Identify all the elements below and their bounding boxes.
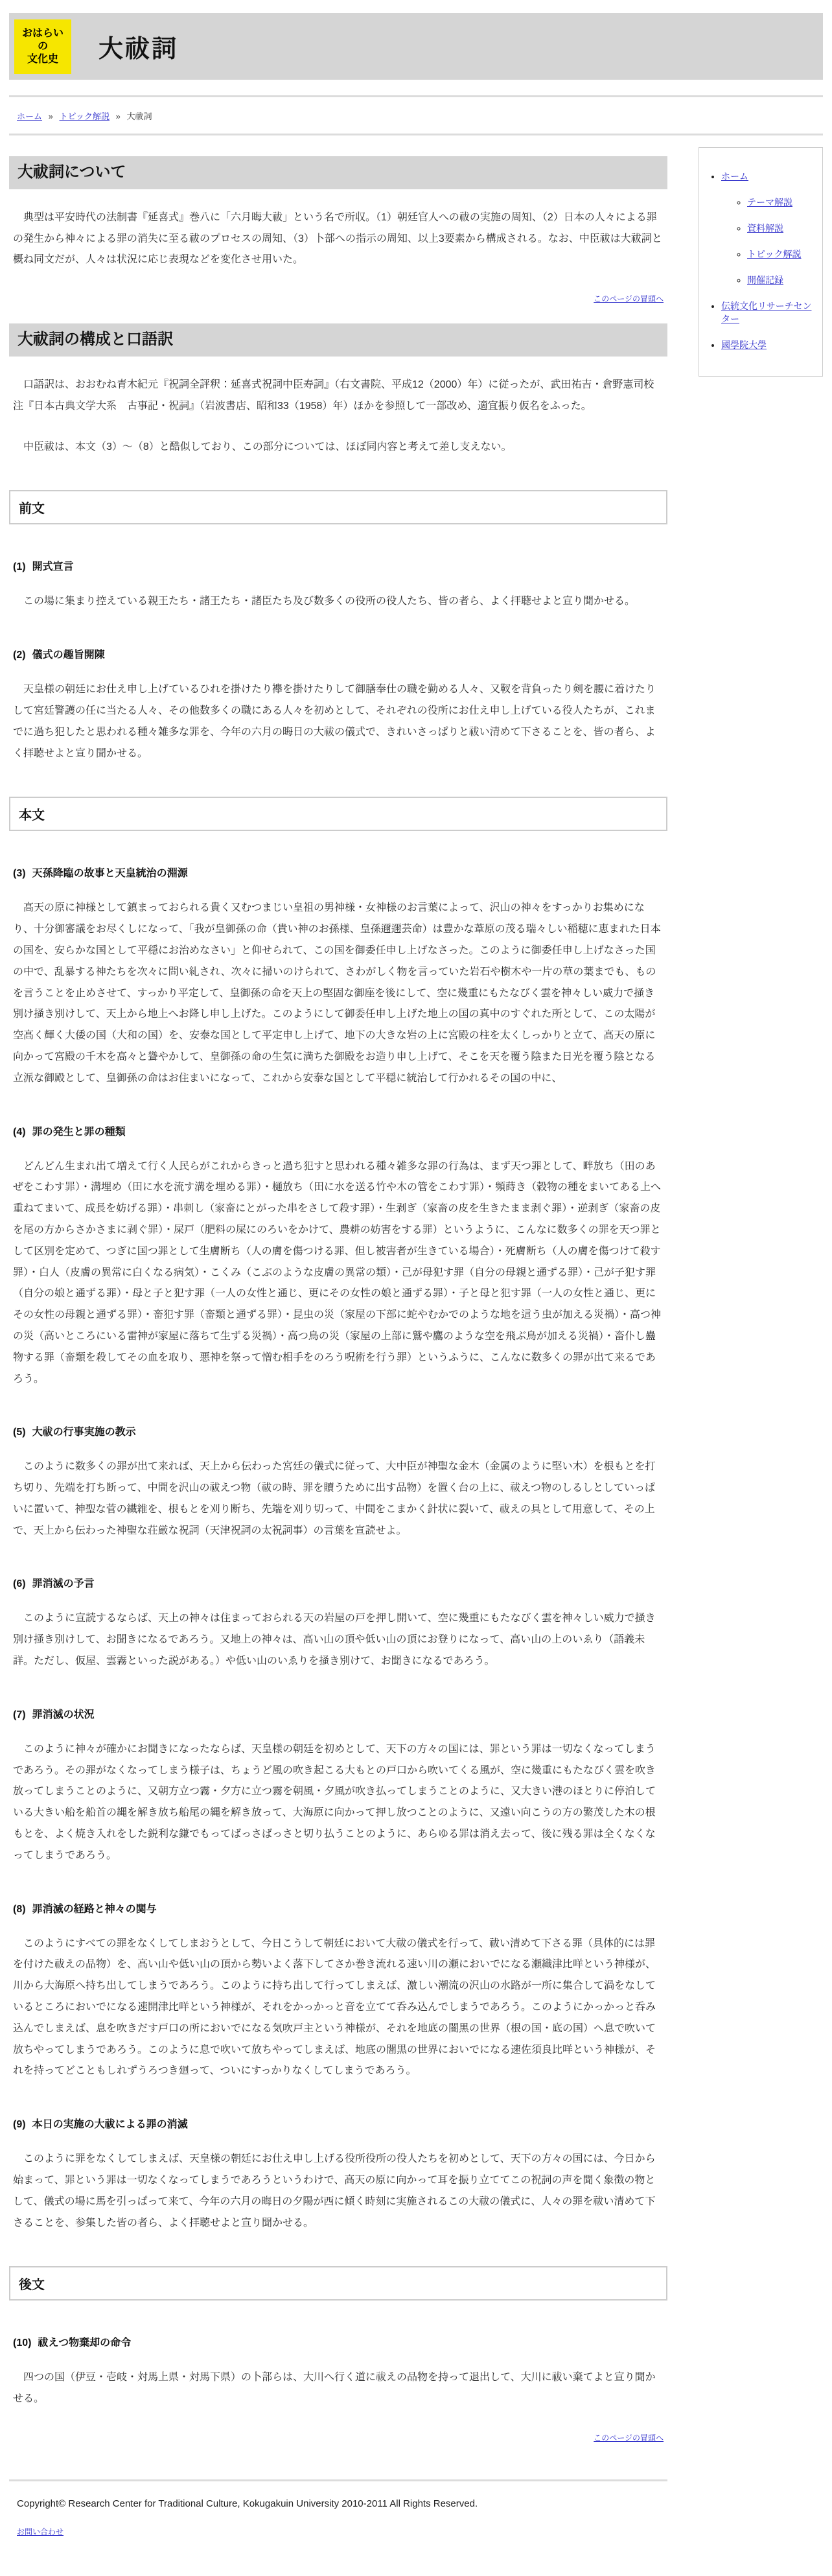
- subsection-number: (6): [13, 1578, 26, 1589]
- breadcrumb-current: 大祓詞: [126, 111, 152, 121]
- composition-intro-paragraph: 口語訳は、おおむね青木紀元『祝詞全評釈：延喜式祝詞中臣寿詞』（右文書院、平成12…: [13, 375, 664, 417]
- page-top-row: このページの冒頭へ: [13, 2432, 664, 2443]
- sidebar-link-records[interactable]: 開催記録: [747, 275, 783, 285]
- subsection-title: 罪の発生と罪の種類: [32, 1127, 126, 1138]
- divider: [9, 134, 823, 135]
- subsection-paragraph: この場に集まり控えている親王たち・諸王たち・諸臣たち及び数多くの役所の役人たち、…: [13, 591, 664, 613]
- sidebar-link-home[interactable]: ホーム: [721, 171, 748, 181]
- contact-row: お問い合わせ: [17, 2526, 823, 2537]
- subsection-number: (7): [13, 1709, 26, 1720]
- subsection-title: 罪消滅の経路と神々の関与: [32, 1904, 157, 1915]
- content-layout: 大祓詞について 典型は平安時代の法制書『延喜式』巻八に「六月晦大祓」という名で所…: [9, 147, 823, 2463]
- subsection-title: 祓えつ物棄却の命令: [38, 2337, 131, 2348]
- breadcrumb-separator: »: [49, 111, 53, 121]
- main-column: 大祓詞について 典型は平安時代の法制書『延喜式』巻八に「六月晦大祓」という名で所…: [9, 147, 667, 2463]
- part-label-front: 前文: [9, 490, 667, 524]
- subsection-number: (5): [13, 1427, 26, 1438]
- subsection-heading-1: (1)開式宣言: [13, 558, 664, 573]
- part-label-back: 後文: [9, 2266, 667, 2301]
- logo-line: おはらい: [14, 27, 71, 40]
- sidebar-item-university: 國學院大學: [721, 338, 818, 351]
- page-title: 大祓詞: [98, 29, 178, 64]
- page-top-row: このページの冒頭へ: [13, 293, 664, 304]
- logo-line: 文化史: [14, 53, 71, 66]
- sidebar-link-theme[interactable]: テーマ解説: [747, 197, 792, 207]
- subsection-paragraph: 天皇様の朝廷にお仕え申し上げているひれを掛けたり襷を掛けたりして御膳奉仕の職を勤…: [13, 679, 664, 764]
- subsection-number: (8): [13, 1904, 26, 1915]
- sidebar-item-theme: テーマ解説: [747, 196, 818, 209]
- page-top-link[interactable]: このページの冒頭へ: [594, 294, 664, 303]
- sidebar: ホーム テーマ解説 資料解説 トピック解説 開催記録: [699, 147, 823, 377]
- part-label-main: 本文: [9, 797, 667, 831]
- sidebar-item-topic: トピック解説: [747, 248, 818, 261]
- sidebar-item-records: 開催記録: [747, 274, 818, 287]
- subsection-paragraph: 高天の原に神様として鎮まっておられる貴く又むつまじい皇祖の男神様・女神様のお言葉…: [13, 898, 664, 1089]
- subsection-paragraph: どんどん生まれ出て増えて行く人民らがこれからきっと過ち犯すと思われる種々雑多な罪…: [13, 1156, 664, 1390]
- masthead: おはらい の 文化史 大祓詞: [9, 13, 823, 80]
- breadcrumb-separator: »: [116, 111, 121, 121]
- subsection-title: 本日の実施の大祓による罪の消滅: [32, 2119, 188, 2130]
- subsection-heading-10: (10)祓えつ物棄却の命令: [13, 2334, 664, 2349]
- subsection-paragraph: このように罪をなくしてしまえば、天皇様の朝廷にお仕え申し上げる役所役所の役人たち…: [13, 2149, 664, 2234]
- site-logo: おはらい の 文化史: [14, 19, 71, 74]
- subsection-title: 大祓の行事実施の教示: [32, 1427, 136, 1438]
- subsection-paragraph: 四つの国（伊豆・壱岐・対馬上県・対馬下県）の卜部らは、大川へ行く道に祓えの品物を…: [13, 2367, 664, 2410]
- page-top-link[interactable]: このページの冒頭へ: [594, 2433, 664, 2442]
- composition-intro-paragraph: 中臣祓は、本文（3）～（8）と酷似しており、この部分については、ほぼ同内容と考え…: [13, 437, 664, 458]
- subsection-title: 天孫降臨の故事と天皇統治の淵源: [32, 868, 188, 879]
- subsection-title: 罪消滅の状況: [32, 1709, 95, 1720]
- subsection-number: (2): [13, 650, 26, 661]
- subsection-heading-5: (5)大祓の行事実施の教示: [13, 1423, 664, 1438]
- subsection-number: (4): [13, 1127, 26, 1138]
- sidebar-link-topic[interactable]: トピック解説: [747, 249, 801, 259]
- subsection-paragraph: このようにすべての罪をなくしてしまおうとして、今日こうして朝廷において大祓の儀式…: [13, 1934, 664, 2083]
- subsection-title: 開式宣言: [32, 561, 74, 572]
- sidebar-list: ホーム テーマ解説 資料解説 トピック解説 開催記録: [699, 170, 818, 351]
- breadcrumb: ホーム » トピック解説 » 大祓詞: [17, 110, 823, 122]
- section-heading-about: 大祓詞について: [9, 156, 667, 189]
- subsection-paragraph: このように数多くの罪が出て来れば、天上から伝わった宮廷の儀式に従って、大中臣が神…: [13, 1457, 664, 1541]
- sidebar-item-research-center: 伝統文化リサーチセンター: [721, 299, 818, 325]
- subsection-number: (3): [13, 868, 26, 879]
- sidebar-link-material[interactable]: 資料解説: [747, 223, 783, 233]
- subsection-number: (10): [13, 2337, 31, 2348]
- sidebar-item-material: 資料解説: [747, 222, 818, 235]
- logo-line: の: [14, 40, 71, 53]
- divider: [9, 95, 823, 97]
- subsection-heading-4: (4)罪の発生と罪の種類: [13, 1123, 664, 1138]
- copyright-text: Copyright© Research Center for Tradition…: [17, 2498, 823, 2509]
- sidebar-item-home: ホーム テーマ解説 資料解説 トピック解説 開催記録: [721, 170, 818, 287]
- breadcrumb-home-link[interactable]: ホーム: [17, 111, 42, 121]
- about-paragraph: 典型は平安時代の法制書『延喜式』巻八に「六月晦大祓」という名で所収。（1）朝廷官…: [13, 207, 664, 271]
- breadcrumb-parent-link[interactable]: トピック解説: [60, 111, 110, 121]
- subsection-heading-2: (2)儀式の趣旨開陳: [13, 646, 664, 661]
- subsection-heading-8: (8)罪消滅の経路と神々の関与: [13, 1901, 664, 1915]
- contact-link[interactable]: お問い合わせ: [17, 2527, 64, 2536]
- section-heading-composition: 大祓詞の構成と口語訳: [9, 323, 667, 357]
- subsection-heading-9: (9)本日の実施の大祓による罪の消滅: [13, 2116, 664, 2131]
- subsection-heading-3: (3)天孫降臨の故事と天皇統治の淵源: [13, 865, 664, 880]
- sidebar-link-research-center[interactable]: 伝統文化リサーチセンター: [721, 301, 811, 324]
- divider: [9, 2479, 667, 2481]
- subsection-paragraph: このように宣読するならば、天上の神々は住まっておられる天の岩屋の戸を押し開いて、…: [13, 1608, 664, 1672]
- subsection-number: (9): [13, 2119, 26, 2130]
- page: おはらい の 文化史 大祓詞 ホーム » トピック解説 » 大祓詞 大祓詞につい…: [0, 0, 832, 2576]
- subsection-paragraph: このように神々が確かにお聞きになったならば、天皇様の朝廷を初めとして、天下の方々…: [13, 1739, 664, 1867]
- subsection-title: 罪消滅の予言: [32, 1578, 95, 1589]
- footer: Copyright© Research Center for Tradition…: [9, 2479, 823, 2537]
- subsection-heading-6: (6)罪消滅の予言: [13, 1575, 664, 1590]
- sidebar-link-university[interactable]: 國學院大學: [721, 340, 767, 350]
- sidebar-sublist: テーマ解説 資料解説 トピック解説 開催記録: [721, 196, 818, 287]
- subsection-heading-7: (7)罪消滅の状況: [13, 1706, 664, 1721]
- subsection-title: 儀式の趣旨開陳: [32, 650, 105, 661]
- subsection-number: (1): [13, 561, 26, 572]
